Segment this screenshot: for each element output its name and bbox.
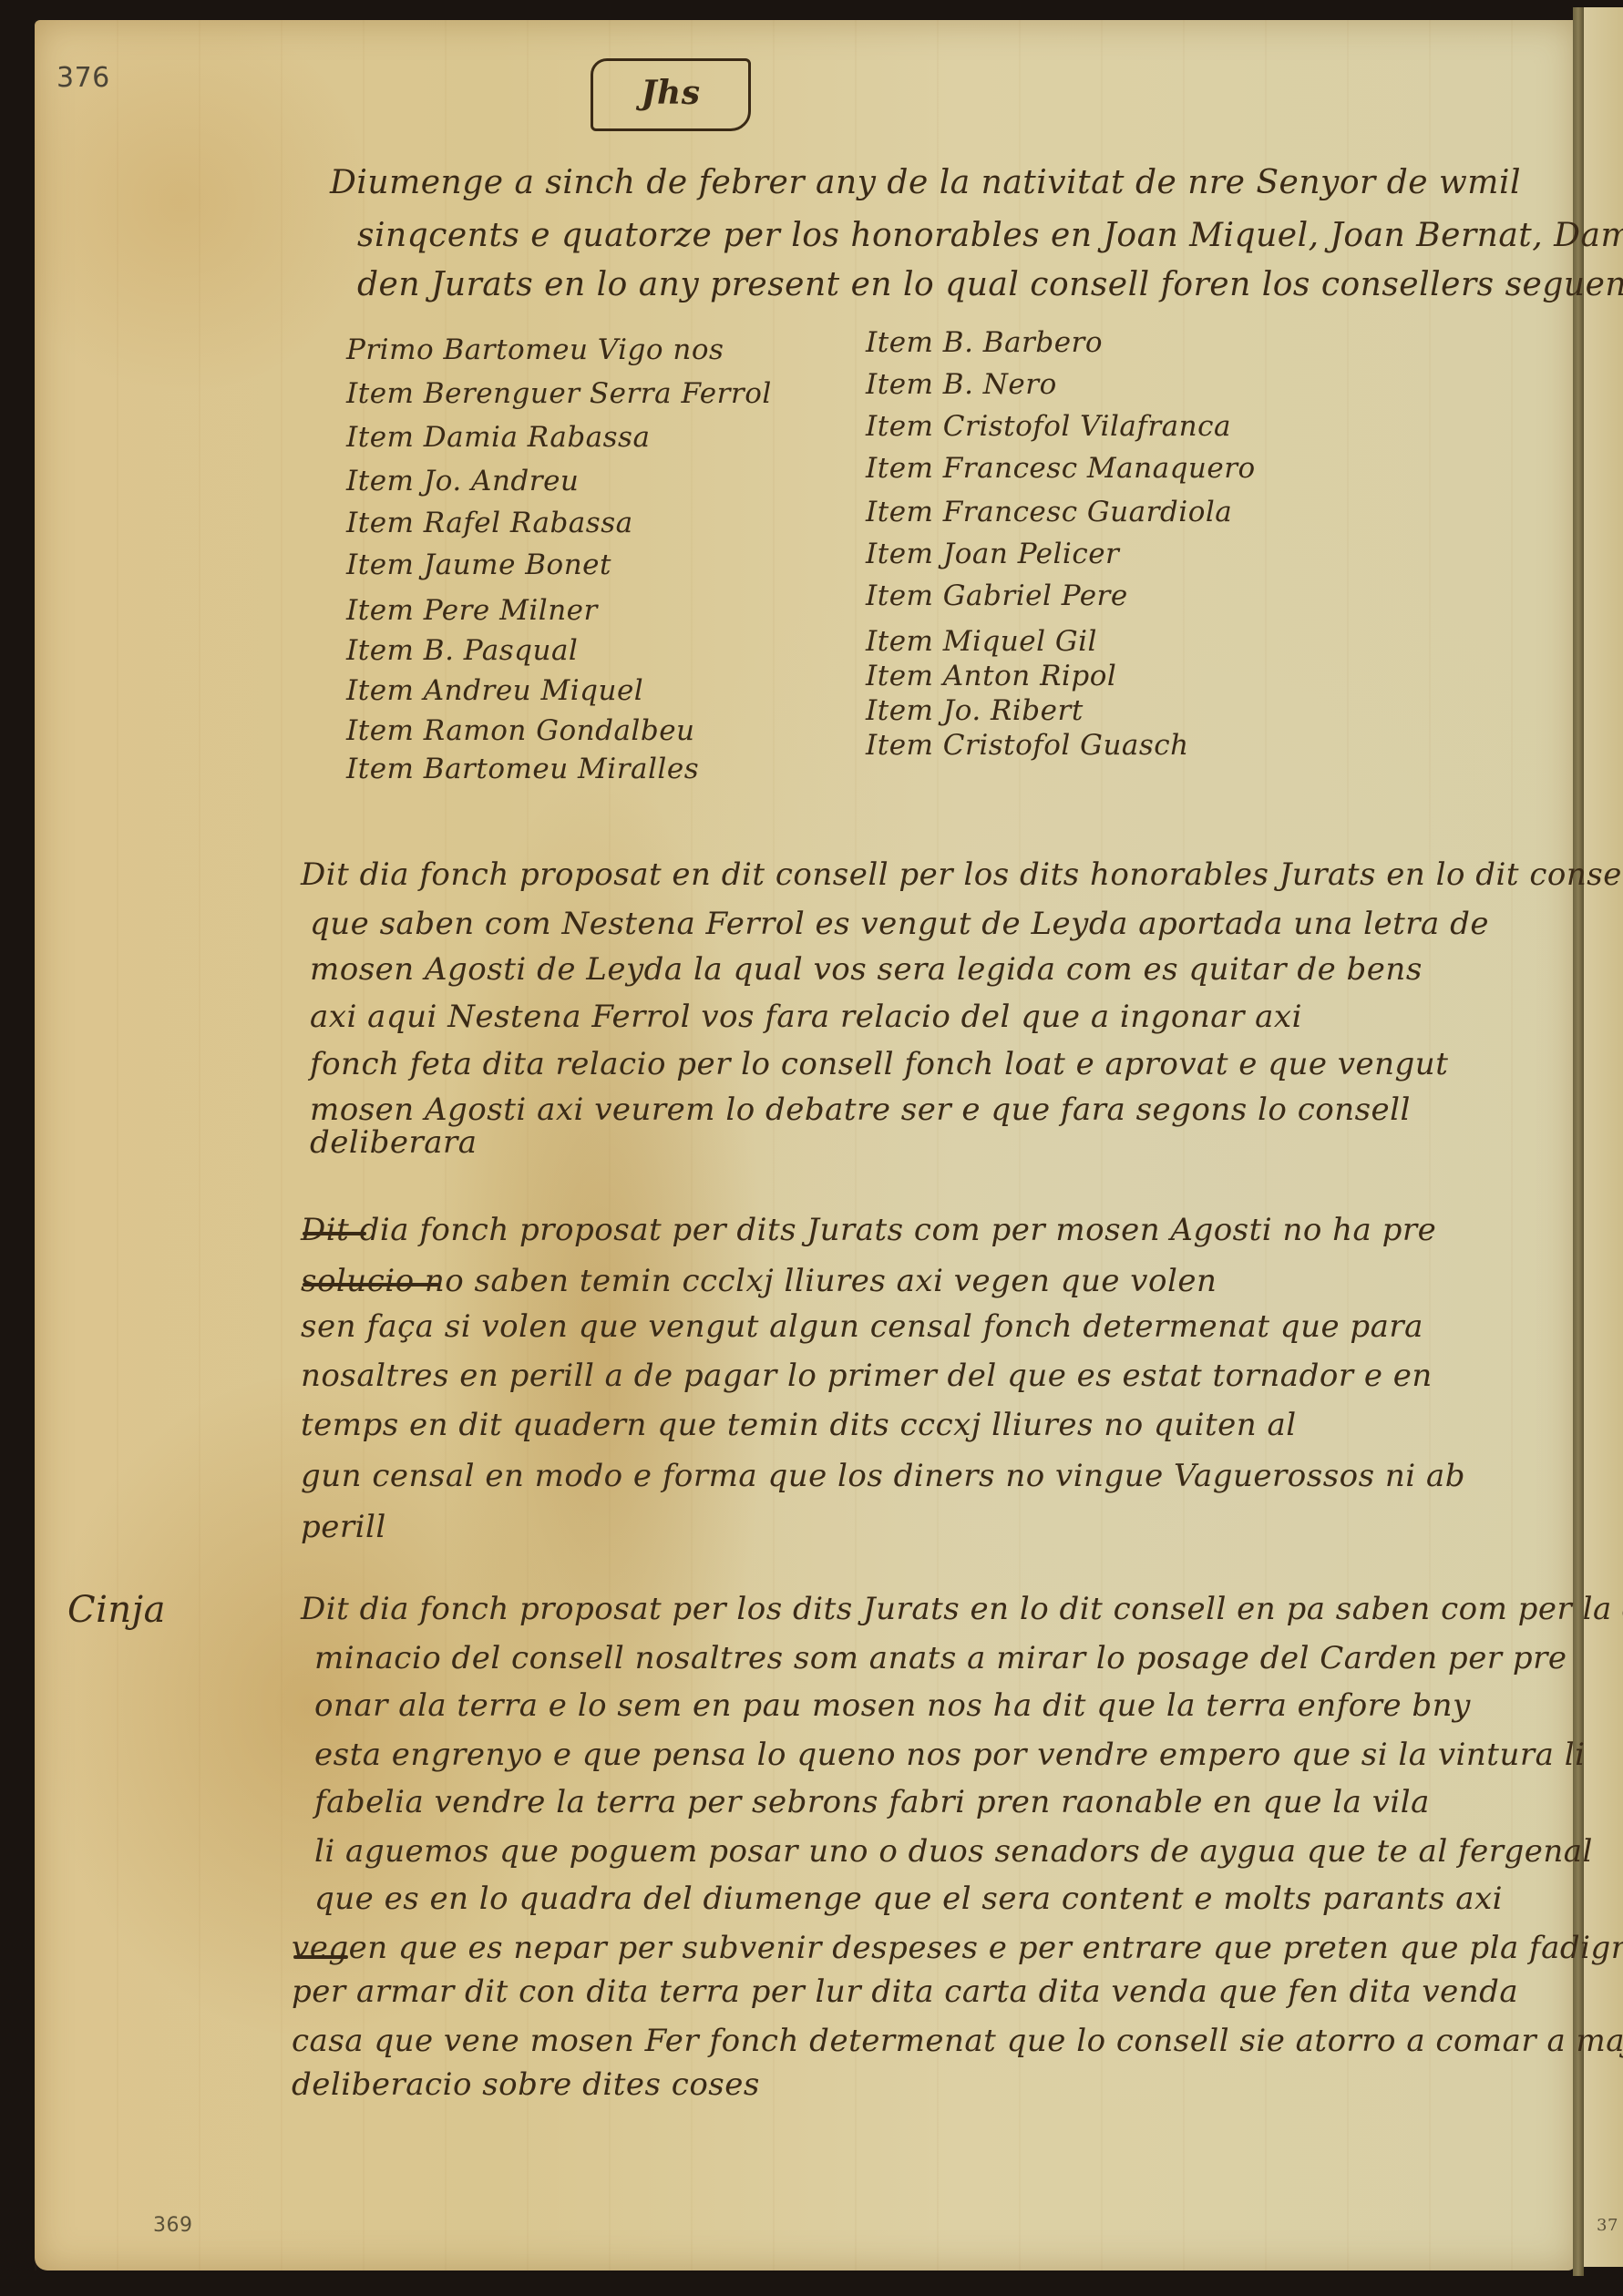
paragraph-line: mosen Agosti de Leyda la qual vos sera l… <box>310 951 1423 988</box>
attendee: Item Joan Pelicer <box>866 538 1119 570</box>
attendee: Item Cristofol Guasch <box>866 729 1189 762</box>
attendee: Item Berenguer Serra Ferrol <box>346 377 772 410</box>
attendee: Item Bartomeu Miralles <box>346 753 699 785</box>
paragraph-line: esta engrenyo e que pensa lo queno nos p… <box>314 1737 1585 1773</box>
paragraph-line: onar ala terra e lo sem en pau mosen nos… <box>314 1687 1471 1724</box>
attendee: Item Rafel Rabassa <box>346 507 633 539</box>
paragraph-line: Dit dia fonch proposat en dit consell pe… <box>301 856 1623 893</box>
attendee: Item Gabriel Pere <box>866 579 1128 612</box>
paragraph-line: solucio no saben temin ccclxj lliures ax… <box>301 1263 1217 1299</box>
paragraph-line: Dit dia fonch proposat per dits Jurats c… <box>301 1212 1436 1248</box>
strikethrough-mark <box>303 1232 366 1235</box>
paragraph-line: nosaltres en perill a de pagar lo primer… <box>301 1358 1433 1394</box>
opening-line: den Jurats en lo any present en lo qual … <box>357 266 1623 303</box>
attendee: Item Jaume Bonet <box>346 548 611 581</box>
attendee: Primo Bartomeu Vigo nos <box>346 333 724 366</box>
paragraph-line: mosen Agosti axi veurem lo debatre ser e… <box>310 1092 1411 1128</box>
paragraph-line: perill <box>301 1509 386 1545</box>
paragraph-line: minacio del consell nosaltres som anats … <box>314 1640 1567 1676</box>
paragraph-line: sen faça si volen que vengut algun censa… <box>301 1308 1423 1345</box>
attendee: Item Damia Rabassa <box>346 421 650 454</box>
opening-line: Diumenge a sinch de febrer any de la nat… <box>330 164 1521 201</box>
attendee: Item Miquel Gil <box>866 625 1097 658</box>
paragraph-line: deliberacio sobre dites coses <box>292 2066 760 2103</box>
attendee: Item Pere Milner <box>346 594 598 627</box>
paragraph-line: Dit dia fonch proposat per los dits Jura… <box>301 1591 1623 1627</box>
paragraph-line: que saben com Nestena Ferrol es vengut d… <box>310 906 1489 942</box>
paragraph-line: li aguemos que poguem posar uno o duos s… <box>314 1833 1593 1870</box>
attendee: Item Andreu Miquel <box>346 674 643 707</box>
attendee: Item Francesc Manaquero <box>866 452 1256 485</box>
paragraph-line: que es en lo quadra del diumenge que el … <box>314 1881 1503 1917</box>
paragraph-line: casa que vene mosen Fer fonch determenat… <box>292 2023 1623 2059</box>
paragraph-line: deliberara <box>310 1124 478 1161</box>
paragraph-line: per armar dit con dita terra per lur dit… <box>292 1973 1518 2010</box>
attendee: Item Anton Ripol <box>866 660 1116 692</box>
pencil-mark-adjacent-page: 37 <box>1597 2216 1618 2235</box>
paragraph-line: gun censal en modo e forma que los diner… <box>301 1458 1465 1494</box>
attendee: Item B. Pasqual <box>346 634 578 667</box>
attendee: Item Ramon Gondalbeu <box>346 714 695 747</box>
attendee: Item Jo. Ribert <box>866 694 1084 727</box>
folio-number: 376 <box>56 62 110 94</box>
paragraph-line: temps en dit quadern que temin dits cccx… <box>301 1407 1297 1443</box>
strikethrough-mark <box>293 1955 348 1959</box>
paragraph-line: fonch feta dita relacio per lo consell f… <box>310 1046 1448 1082</box>
paragraph-line: axi aqui Nestena Ferrol vos fara relacio… <box>310 999 1302 1035</box>
paragraph-line: vegen que es nepar per subvenir despeses… <box>292 1930 1623 1966</box>
attendee: Item B. Barbero <box>866 326 1103 359</box>
attendee: Item Jo. Andreu <box>346 465 579 497</box>
jhs-monogram: Jhs <box>591 58 751 131</box>
margin-note: Cinja <box>67 1589 166 1631</box>
attendee: Item Francesc Guardiola <box>866 496 1232 528</box>
paragraph-line: fabelia vendre la terra per sebrons fabr… <box>314 1784 1430 1820</box>
attendee: Item Cristofol Vilafranca <box>866 410 1231 443</box>
attendee: Item B. Nero <box>866 368 1057 401</box>
pencil-foliation-bottom: 369 <box>153 2214 193 2237</box>
opening-line: sinqcents e quatorze per los honorables … <box>357 217 1623 254</box>
adjacent-page-edge <box>1584 7 1623 2267</box>
strikethrough-mark <box>303 1283 439 1286</box>
